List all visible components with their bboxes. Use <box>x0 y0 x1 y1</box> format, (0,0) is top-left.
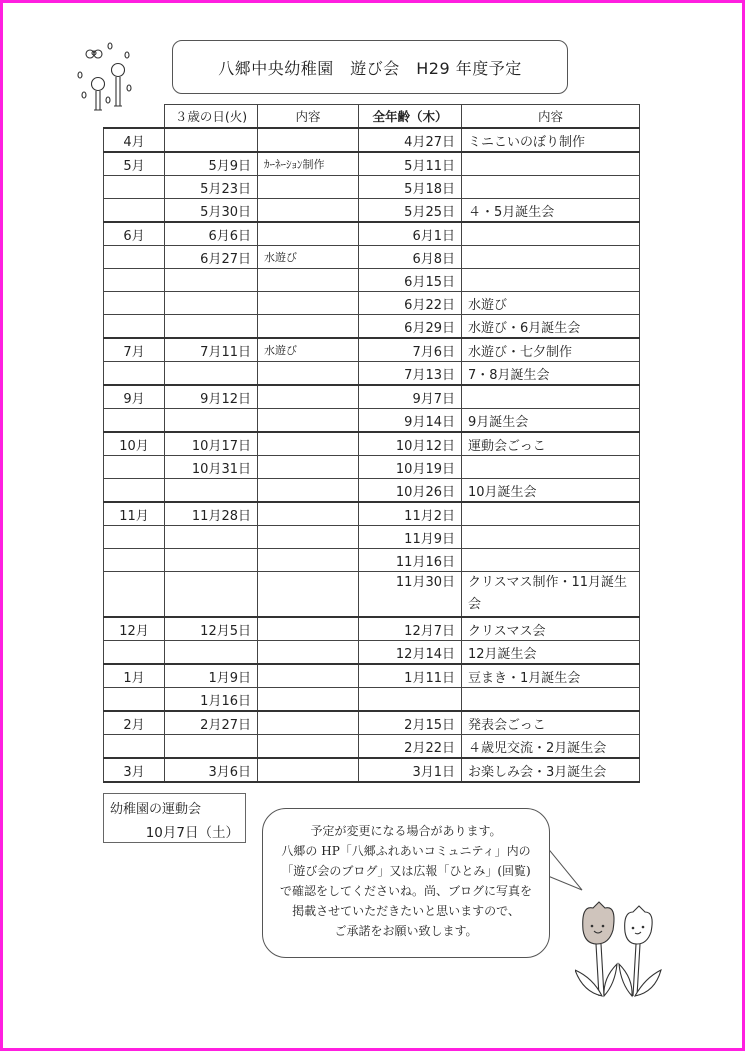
table-row: 11月30日クリスマス制作・11月誕生会 <box>104 572 640 618</box>
table-row: 10月26日10月誕生会 <box>104 479 640 503</box>
all-ages-content-cell <box>462 502 640 526</box>
table-row: 7月7月11日水遊び7月6日水遊び・七夕制作 <box>104 338 640 362</box>
table-row: 2月22日４歳児交流・2月誕生会 <box>104 735 640 759</box>
month-cell: 4月 <box>104 128 165 152</box>
table-row: 6月29日水遊び・6月誕生会 <box>104 315 640 339</box>
3yo-content-cell <box>258 432 359 456</box>
3yo-content-cell <box>258 409 359 433</box>
3yo-content-cell <box>258 479 359 503</box>
3yo-content-cell <box>258 128 359 152</box>
all-ages-content-cell <box>462 269 640 292</box>
table-row: 5月30日5月25日４・5月誕生会 <box>104 199 640 223</box>
sports-day-box: 幼稚園の運動会 10月7日（土） <box>103 793 246 843</box>
3yo-content-cell: ｶｰﾈｰｼｮﾝ制作 <box>258 152 359 176</box>
header-all-ages-date: 全年齢（木） <box>359 105 462 129</box>
all-ages-content-cell <box>462 526 640 549</box>
all-ages-date-cell: 7月13日 <box>359 362 462 386</box>
3yo-date-cell: 10月31日 <box>165 456 258 479</box>
sports-day-date: 10月7日（土） <box>110 821 239 841</box>
schedule-table: ３歳の日(火) 内容 全年齢（木） 内容 4月4月27日ミニこいのぼり制作5月5… <box>103 104 640 783</box>
table-row: 5月5月9日ｶｰﾈｰｼｮﾝ制作5月11日 <box>104 152 640 176</box>
speech-bubble-tail-icon <box>546 838 596 898</box>
3yo-content-cell <box>258 199 359 223</box>
notice-line: 予定が変更になる場合があります。 <box>271 821 541 841</box>
month-cell <box>104 456 165 479</box>
notice-line: 八郷の HP「八郷ふれあいコミュニティ」内の <box>271 841 541 861</box>
3yo-content-cell <box>258 688 359 712</box>
3yo-date-cell <box>165 409 258 433</box>
month-cell <box>104 735 165 759</box>
3yo-date-cell: 10月17日 <box>165 432 258 456</box>
notice-line: 掲載させていただきたいと思いますので、 <box>271 901 541 921</box>
3yo-content-cell <box>258 549 359 572</box>
month-cell: 6月 <box>104 222 165 246</box>
table-row: 12月14日12月誕生会 <box>104 641 640 665</box>
3yo-content-cell <box>258 735 359 759</box>
all-ages-date-cell: 7月6日 <box>359 338 462 362</box>
all-ages-date-cell: 10月26日 <box>359 479 462 503</box>
table-row: 6月27日水遊び6月8日 <box>104 246 640 269</box>
all-ages-date-cell: 5月25日 <box>359 199 462 223</box>
table-row: 10月10月17日10月12日運動会ごっこ <box>104 432 640 456</box>
3yo-content-cell <box>258 362 359 386</box>
3yo-date-cell: 5月9日 <box>165 152 258 176</box>
month-cell: 5月 <box>104 152 165 176</box>
3yo-date-cell <box>165 292 258 315</box>
month-cell <box>104 176 165 199</box>
table-row: 11月16日 <box>104 549 640 572</box>
3yo-date-cell: 6月27日 <box>165 246 258 269</box>
table-row: 7月13日7・8月誕生会 <box>104 362 640 386</box>
header-all-ages-content: 内容 <box>462 105 640 129</box>
all-ages-content-cell <box>462 456 640 479</box>
all-ages-date-cell: 10月19日 <box>359 456 462 479</box>
month-cell <box>104 315 165 339</box>
3yo-date-cell <box>165 735 258 759</box>
3yo-content-cell <box>258 664 359 688</box>
all-ages-content-cell: ４・5月誕生会 <box>462 199 640 223</box>
3yo-content-cell <box>258 526 359 549</box>
notice-line: 「遊び会のブログ」又は広報「ひとみ」(回覧) <box>271 861 541 881</box>
all-ages-content-cell: クリスマス会 <box>462 617 640 641</box>
all-ages-date-cell: 4月27日 <box>359 128 462 152</box>
all-ages-content-cell: 12月誕生会 <box>462 641 640 665</box>
3yo-date-cell <box>165 128 258 152</box>
all-ages-content-cell <box>462 688 640 712</box>
3yo-content-cell <box>258 222 359 246</box>
all-ages-content-cell: 運動会ごっこ <box>462 432 640 456</box>
all-ages-content-cell: 10月誕生会 <box>462 479 640 503</box>
table-row: 1月1月9日1月11日豆まき・1月誕生会 <box>104 664 640 688</box>
header-month <box>104 105 165 129</box>
notice-speech-bubble: 予定が変更になる場合があります。 八郷の HP「八郷ふれあいコミュニティ」内の … <box>262 808 550 958</box>
all-ages-date-cell: 5月18日 <box>359 176 462 199</box>
notice-line: ご承諾をお願い致します。 <box>271 921 541 941</box>
month-cell: 10月 <box>104 432 165 456</box>
all-ages-content-cell: 水遊び・七夕制作 <box>462 338 640 362</box>
3yo-content-cell <box>258 292 359 315</box>
3yo-date-cell: 5月23日 <box>165 176 258 199</box>
table-row: 11月11月28日11月2日 <box>104 502 640 526</box>
month-cell: 9月 <box>104 385 165 409</box>
month-cell <box>104 688 165 712</box>
3yo-date-cell: 1月9日 <box>165 664 258 688</box>
3yo-date-cell <box>165 269 258 292</box>
3yo-date-cell: 11月28日 <box>165 502 258 526</box>
month-cell <box>104 409 165 433</box>
notice-line: で確認をしてくださいね。尚、ブログに写真を <box>271 881 541 901</box>
all-ages-content-cell <box>462 549 640 572</box>
table-row: 6月6月6日6月1日 <box>104 222 640 246</box>
month-cell <box>104 641 165 665</box>
3yo-content-cell <box>258 502 359 526</box>
3yo-content-cell <box>258 617 359 641</box>
3yo-content-cell <box>258 456 359 479</box>
all-ages-date-cell: 11月30日 <box>359 572 462 618</box>
all-ages-date-cell: 9月7日 <box>359 385 462 409</box>
table-row: 12月12月5日12月7日クリスマス会 <box>104 617 640 641</box>
month-cell <box>104 199 165 223</box>
month-cell <box>104 292 165 315</box>
all-ages-content-cell <box>462 152 640 176</box>
3yo-content-cell <box>258 641 359 665</box>
all-ages-date-cell: 1月11日 <box>359 664 462 688</box>
3yo-date-cell: 7月11日 <box>165 338 258 362</box>
table-row: 4月4月27日ミニこいのぼり制作 <box>104 128 640 152</box>
all-ages-date-cell: 12月14日 <box>359 641 462 665</box>
3yo-content-cell <box>258 758 359 782</box>
3yo-content-cell <box>258 711 359 735</box>
all-ages-content-cell: 9月誕生会 <box>462 409 640 433</box>
table-row: 5月23日5月18日 <box>104 176 640 199</box>
all-ages-date-cell: 12月7日 <box>359 617 462 641</box>
3yo-date-cell: 3月6日 <box>165 758 258 782</box>
3yo-content-cell: 水遊び <box>258 246 359 269</box>
3yo-date-cell: 12月5日 <box>165 617 258 641</box>
all-ages-date-cell: 10月12日 <box>359 432 462 456</box>
page-title: 八郷中央幼稚園 遊び会 H29 年度予定 <box>172 40 568 94</box>
all-ages-content-cell: ４歳児交流・2月誕生会 <box>462 735 640 759</box>
month-cell <box>104 479 165 503</box>
all-ages-date-cell: 2月22日 <box>359 735 462 759</box>
table-row: 2月2月27日2月15日発表会ごっこ <box>104 711 640 735</box>
3yo-content-cell <box>258 385 359 409</box>
month-cell <box>104 246 165 269</box>
3yo-date-cell <box>165 641 258 665</box>
all-ages-content-cell: 水遊び <box>462 292 640 315</box>
table-row: 6月15日 <box>104 269 640 292</box>
3yo-date-cell <box>165 362 258 386</box>
all-ages-content-cell: 発表会ごっこ <box>462 711 640 735</box>
all-ages-date-cell: 6月29日 <box>359 315 462 339</box>
3yo-date-cell <box>165 526 258 549</box>
table-row: 9月14日9月誕生会 <box>104 409 640 433</box>
month-cell: 1月 <box>104 664 165 688</box>
all-ages-content-cell <box>462 246 640 269</box>
3yo-content-cell <box>258 315 359 339</box>
all-ages-content-cell: 水遊び・6月誕生会 <box>462 315 640 339</box>
table-row: 1月16日 <box>104 688 640 712</box>
all-ages-date-cell: 6月8日 <box>359 246 462 269</box>
all-ages-content-cell <box>462 222 640 246</box>
header-3yo-content: 内容 <box>258 105 359 129</box>
3yo-date-cell <box>165 479 258 503</box>
table-row: 11月9日 <box>104 526 640 549</box>
3yo-date-cell <box>165 549 258 572</box>
3yo-date-cell: 5月30日 <box>165 199 258 223</box>
3yo-date-cell: 1月16日 <box>165 688 258 712</box>
header-3yo-date: ３歳の日(火) <box>165 105 258 129</box>
table-row: 6月22日水遊び <box>104 292 640 315</box>
3yo-date-cell: 6月6日 <box>165 222 258 246</box>
all-ages-content-cell: 7・8月誕生会 <box>462 362 640 386</box>
all-ages-date-cell: 6月1日 <box>359 222 462 246</box>
table-header-row: ３歳の日(火) 内容 全年齢（木） 内容 <box>104 105 640 129</box>
all-ages-date-cell: 11月2日 <box>359 502 462 526</box>
all-ages-date-cell: 6月22日 <box>359 292 462 315</box>
all-ages-date-cell: 5月11日 <box>359 152 462 176</box>
all-ages-date-cell: 11月16日 <box>359 549 462 572</box>
table-row: 3月3月6日3月1日お楽しみ会・3月誕生会 <box>104 758 640 782</box>
all-ages-content-cell: 豆まき・1月誕生会 <box>462 664 640 688</box>
month-cell: 11月 <box>104 502 165 526</box>
table-row: 9月9月12日9月7日 <box>104 385 640 409</box>
3yo-content-cell <box>258 269 359 292</box>
3yo-date-cell <box>165 315 258 339</box>
all-ages-date-cell <box>359 688 462 712</box>
sports-day-label: 幼稚園の運動会 <box>110 802 201 817</box>
month-cell <box>104 572 165 618</box>
3yo-content-cell <box>258 176 359 199</box>
month-cell <box>104 269 165 292</box>
all-ages-content-cell: クリスマス制作・11月誕生会 <box>462 572 640 618</box>
3yo-content-cell <box>258 572 359 618</box>
3yo-date-cell <box>165 572 258 618</box>
3yo-date-cell: 2月27日 <box>165 711 258 735</box>
month-cell: 2月 <box>104 711 165 735</box>
all-ages-content-cell <box>462 176 640 199</box>
all-ages-content-cell: お楽しみ会・3月誕生会 <box>462 758 640 782</box>
table-row: 10月31日10月19日 <box>104 456 640 479</box>
all-ages-content-cell <box>462 385 640 409</box>
tulips-illustration-icon <box>575 900 680 1005</box>
all-ages-date-cell: 9月14日 <box>359 409 462 433</box>
all-ages-content-cell: ミニこいのぼり制作 <box>462 128 640 152</box>
all-ages-date-cell: 6月15日 <box>359 269 462 292</box>
all-ages-date-cell: 3月1日 <box>359 758 462 782</box>
month-cell <box>104 526 165 549</box>
month-cell: 12月 <box>104 617 165 641</box>
month-cell <box>104 549 165 572</box>
month-cell: 7月 <box>104 338 165 362</box>
all-ages-date-cell: 2月15日 <box>359 711 462 735</box>
month-cell <box>104 362 165 386</box>
3yo-date-cell: 9月12日 <box>165 385 258 409</box>
month-cell: 3月 <box>104 758 165 782</box>
all-ages-date-cell: 11月9日 <box>359 526 462 549</box>
3yo-content-cell: 水遊び <box>258 338 359 362</box>
